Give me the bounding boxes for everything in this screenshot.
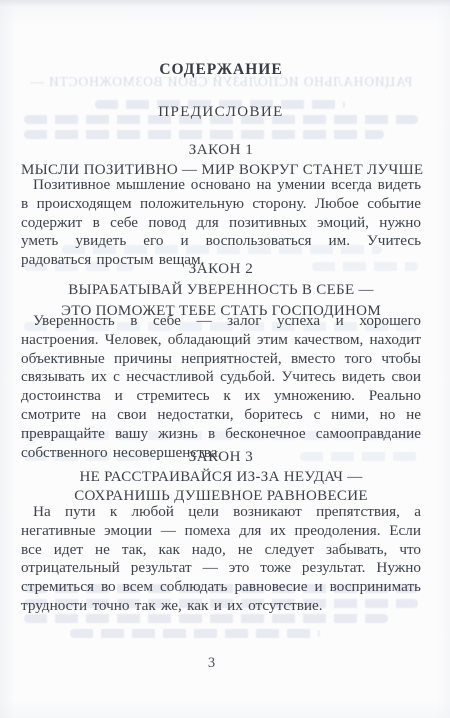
- law-3-summary: На пути к любой цели возникают препятств…: [21, 503, 421, 616]
- law-3-label: ЗАКОН 3: [21, 449, 421, 466]
- law-1-summary: Позитивное мышление основано на умении в…: [21, 176, 421, 270]
- page-number: 3: [21, 655, 402, 672]
- law-1-label: ЗАКОН 1: [21, 142, 421, 159]
- law-2-label: ЗАКОН 2: [21, 261, 421, 278]
- bleed-through-line: [24, 130, 384, 139]
- law-2-title-line-1: ВЫРАБАТЫВАЙ УВЕРЕННОСТЬ В СЕБЕ —: [21, 282, 421, 299]
- toc-title: СОДЕРЖАНИЕ: [21, 61, 421, 79]
- law-2-summary: Уверенность в себе — залог успеха и хоро…: [21, 312, 421, 462]
- preface-heading: ПРЕДИСЛОВИЕ: [21, 104, 421, 121]
- law-3-title-line-1: НЕ РАССТРАИВАЙСЯ ИЗ-ЗА НЕУДАЧ —: [21, 469, 421, 486]
- book-page: РАЦИОНАЛЬНО ИСПОЛЬЗУЙ СВОИ ВОЗМОЖНОСТИ —…: [0, 0, 450, 718]
- bleed-through-line: [70, 629, 320, 638]
